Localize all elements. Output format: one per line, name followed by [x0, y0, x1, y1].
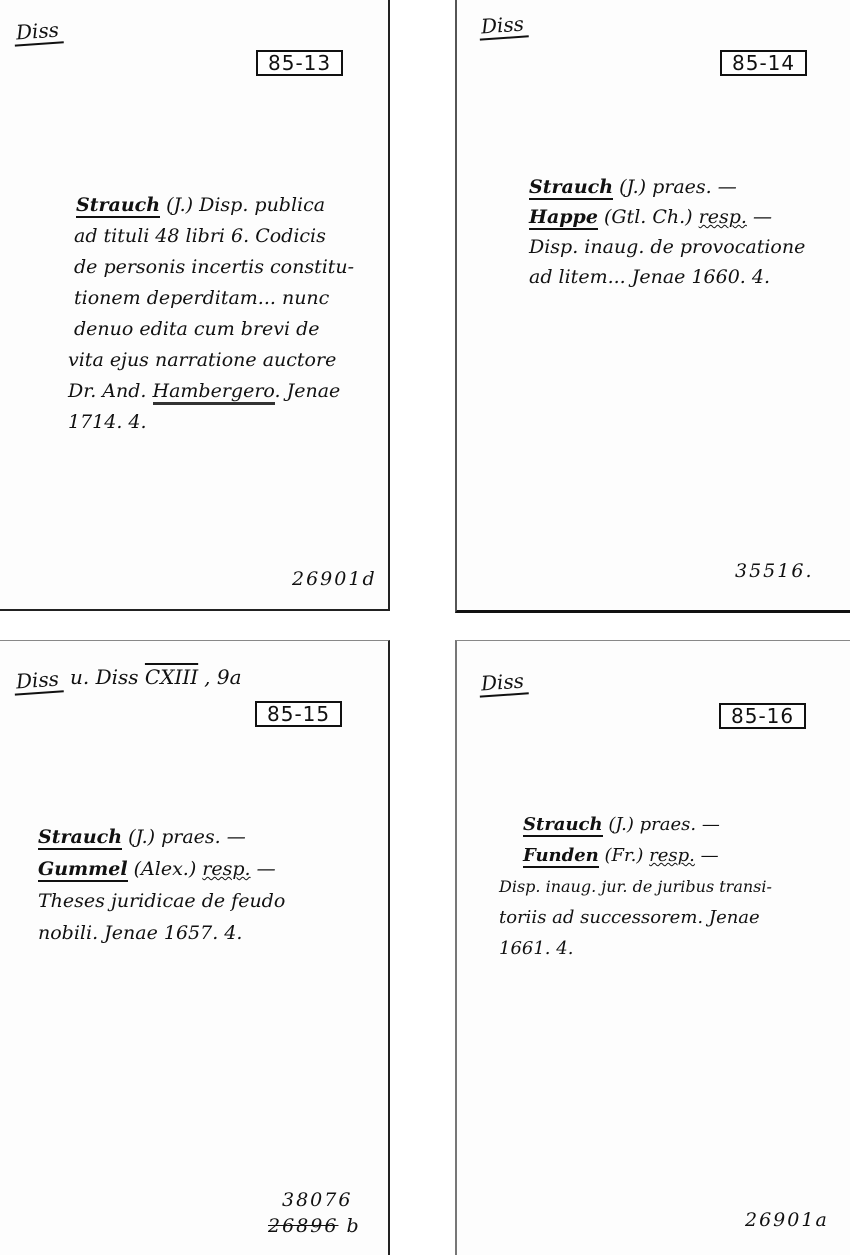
class-mark: Diss: [13, 18, 64, 46]
class-roman-numeral: CXIII: [145, 665, 198, 689]
accession-number: 35516.: [735, 560, 813, 582]
accession-number-new: 38076: [282, 1189, 352, 1211]
class-mark: Diss: [13, 667, 64, 695]
catalog-card-85-14: Diss 85-14 Strauch (J.) praes. — Happe (…: [455, 0, 850, 613]
entry-line: nobili. Jenae 1657. 4.: [38, 917, 285, 949]
entry-line: Dr. And. Hambergero. Jenae: [28, 376, 354, 407]
catalog-entry: Strauch (J.) praes. — Happe (Gtl. Ch.) r…: [529, 172, 805, 292]
respondent-name: Funden: [523, 845, 599, 868]
class-mark: Diss: [478, 669, 529, 697]
entry-line: toriis ad successorem. Jenae: [499, 902, 772, 933]
call-number: 85-15: [255, 701, 342, 727]
accession-number-old: 26896 b: [268, 1215, 361, 1237]
class-mark-extra: u. Diss CXIII, 9a: [70, 665, 242, 689]
entry-line: Disp. inaug. jur. de juribus transi-: [499, 871, 772, 902]
entry-second-heading: Happe (Gtl. Ch.) resp. —: [529, 202, 805, 232]
respondent-name: Gummel: [38, 858, 128, 882]
entry-line: denuo edita cum brevi de: [28, 314, 354, 345]
entry-line: 1661. 4.: [499, 933, 772, 964]
accession-suffix: b: [347, 1215, 361, 1237]
accession-number: 26901a: [745, 1209, 829, 1231]
catalog-entry: Strauch (J.) praes. — Gummel (Alex.) res…: [38, 821, 285, 949]
class-extra-text: , 9a: [204, 665, 241, 689]
entry-heading: Strauch (J.) praes. —: [38, 821, 285, 853]
author-name: Strauch: [529, 176, 613, 200]
heading-text: (J.) praes. —: [608, 814, 720, 835]
entry-heading: Strauch (J.) praes. —: [529, 172, 805, 202]
entry-text: Dr. And.: [68, 380, 146, 402]
heading-text: (Fr.): [605, 845, 644, 866]
heading-text: (J.) Disp. publica: [166, 194, 325, 216]
entry-second-heading: Gummel (Alex.) resp. —: [38, 853, 285, 885]
class-mark: Diss: [478, 12, 529, 40]
catalog-card-85-15: Diss u. Diss CXIII, 9a 85-15 Strauch (J.…: [0, 640, 390, 1255]
resp-label: resp.: [202, 858, 250, 880]
resp-label: resp.: [649, 845, 695, 866]
heading-text: (J.) praes. —: [619, 176, 737, 198]
class-extra-text: u. Diss: [70, 665, 139, 689]
entry-line: vita ejus narratione auctore: [28, 345, 354, 376]
entry-heading: Strauch (J.) Disp. publica: [28, 190, 354, 221]
resp-label: resp.: [699, 206, 747, 228]
call-number: 85-13: [256, 50, 343, 76]
entry-second-heading: Funden (Fr.) resp. —: [499, 840, 772, 871]
heading-text: —: [251, 858, 276, 880]
author-name: Strauch: [523, 814, 603, 837]
heading-text: (Alex.): [134, 858, 197, 880]
author-name: Strauch: [76, 194, 160, 218]
editor-name: Hambergero: [153, 380, 275, 405]
entry-line: de personis incertis constitu-: [28, 252, 354, 283]
entry-line: Disp. inaug. de provocatione: [529, 232, 805, 262]
catalog-card-85-16: Diss 85-16 Strauch (J.) praes. — Funden …: [455, 640, 850, 1255]
catalog-entry: Strauch (J.) Disp. publica ad tituli 48 …: [28, 190, 354, 438]
catalog-card-85-13: Diss 85-13 Strauch (J.) Disp. publica ad…: [0, 0, 390, 611]
catalog-entry: Strauch (J.) praes. — Funden (Fr.) resp.…: [499, 809, 772, 964]
entry-line: ad litem... Jenae 1660. 4.: [529, 262, 805, 292]
heading-text: (Gtl. Ch.): [604, 206, 693, 228]
heading-text: (J.) praes. —: [128, 826, 246, 848]
entry-heading: Strauch (J.) praes. —: [499, 809, 772, 840]
heading-text: —: [695, 845, 719, 866]
heading-text: —: [747, 206, 772, 228]
accession-number: 26901d: [292, 568, 377, 590]
entry-line: 1714. 4.: [28, 407, 354, 438]
struck-accession: 26896: [268, 1215, 338, 1237]
call-number: 85-14: [720, 50, 807, 76]
entry-line: Theses juridicae de feudo: [38, 885, 285, 917]
author-name: Strauch: [38, 826, 122, 850]
entry-text: . Jenae: [275, 380, 341, 402]
call-number: 85-16: [719, 703, 806, 729]
entry-line: ad tituli 48 libri 6. Codicis: [28, 221, 354, 252]
entry-line: tionem deperditam... nunc: [28, 283, 354, 314]
respondent-name: Happe: [529, 206, 598, 230]
